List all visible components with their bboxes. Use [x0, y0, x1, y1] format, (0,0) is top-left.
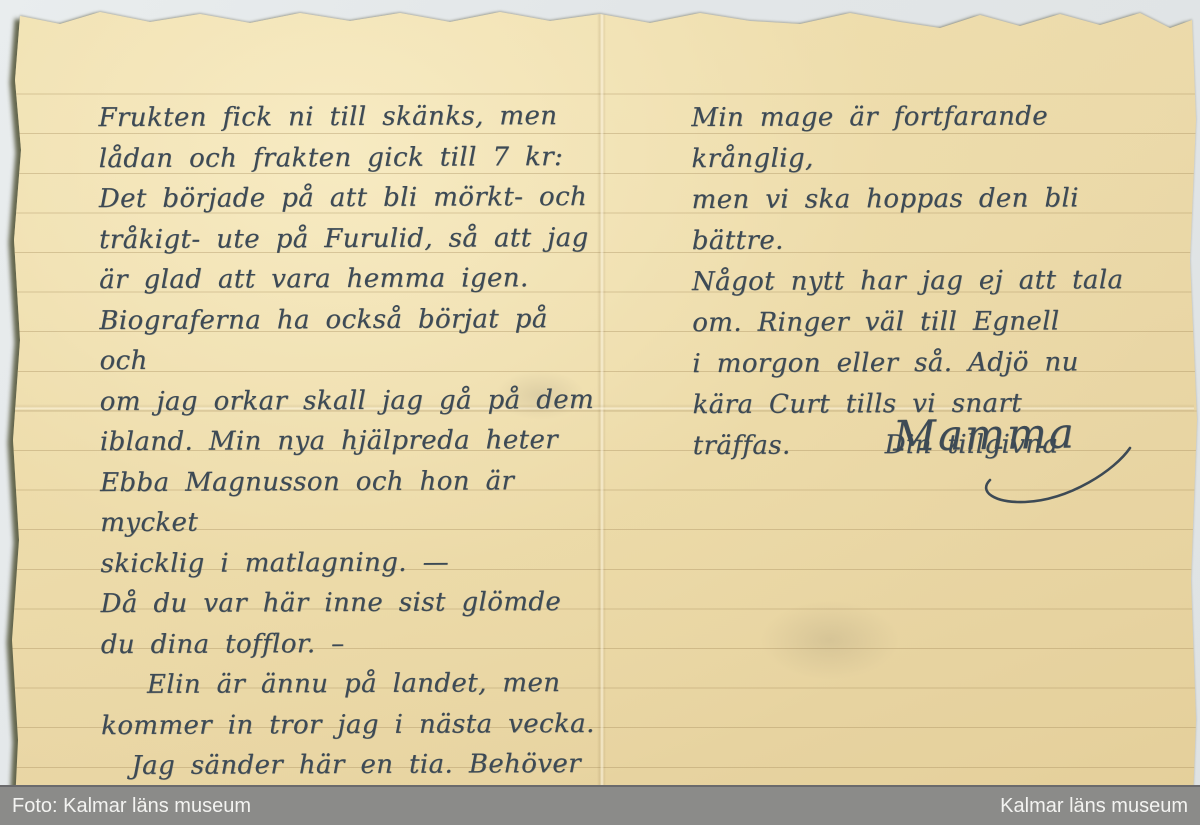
handwritten-line: Ebba Magnusson och hon är mycket	[100, 460, 612, 543]
handwritten-line: är glad att vara hemma igen.	[99, 258, 611, 301]
handwritten-line: Då du var här inne sist glömde	[101, 582, 613, 625]
caption-museum-name: Kalmar läns museum	[1000, 785, 1188, 825]
handwritten-line: om. Ringer väl till Egnell	[692, 301, 1182, 344]
handwritten-line: kommer in tror jag i nästa vecka.	[101, 703, 613, 746]
handwritten-page-left: Frukten fick ni till skänks, menlådan oc…	[98, 96, 613, 825]
handwritten-line: Biograferna ha också börjat på och	[99, 298, 611, 381]
handwritten-line: Elin är ännu på landet, men	[101, 663, 613, 706]
handwritten-line: du dina tofflor. –	[101, 622, 613, 665]
handwritten-line: Något nytt har jag ej att tala	[692, 260, 1182, 303]
caption-photo-credit: Foto: Kalmar läns museum	[12, 785, 251, 825]
handwritten-line: men vi ska hoppas den bli bättre.	[692, 178, 1182, 262]
letter-paper-shadow: Frukten fick ni till skänks, menlådan oc…	[0, 0, 1200, 825]
handwritten-line: Jag sänder här en tia. Behöver	[101, 744, 613, 787]
handwritten-line: skicklig i matlagning. —	[100, 541, 612, 584]
caption-bar: Foto: Kalmar läns museum Kalmar läns mus…	[0, 785, 1200, 825]
handwritten-line: Frukten fick ni till skänks, men	[98, 96, 610, 139]
handwritten-line: lådan och frakten gick till 7 kr:	[99, 136, 611, 179]
handwritten-line: i morgon eller så. Adjö nu	[692, 342, 1182, 385]
handwritten-line: Min mage är fortfarande krånglig,	[691, 96, 1181, 180]
paper-smudge	[760, 600, 900, 680]
handwritten-line: om jag orkar skall jag gå på dem	[100, 379, 612, 422]
signature-flourish	[930, 442, 1140, 512]
letter-paper: Frukten fick ni till skänks, menlådan oc…	[0, 0, 1200, 825]
letter-photograph: Frukten fick ni till skänks, menlådan oc…	[0, 0, 1200, 825]
handwritten-line: tråkigt- ute på Furulid, så att jag	[99, 217, 611, 260]
handwritten-line: ibland. Min nya hjälpreda heter	[100, 420, 612, 463]
handwritten-line: Det började på att bli mörkt- och	[99, 177, 611, 220]
